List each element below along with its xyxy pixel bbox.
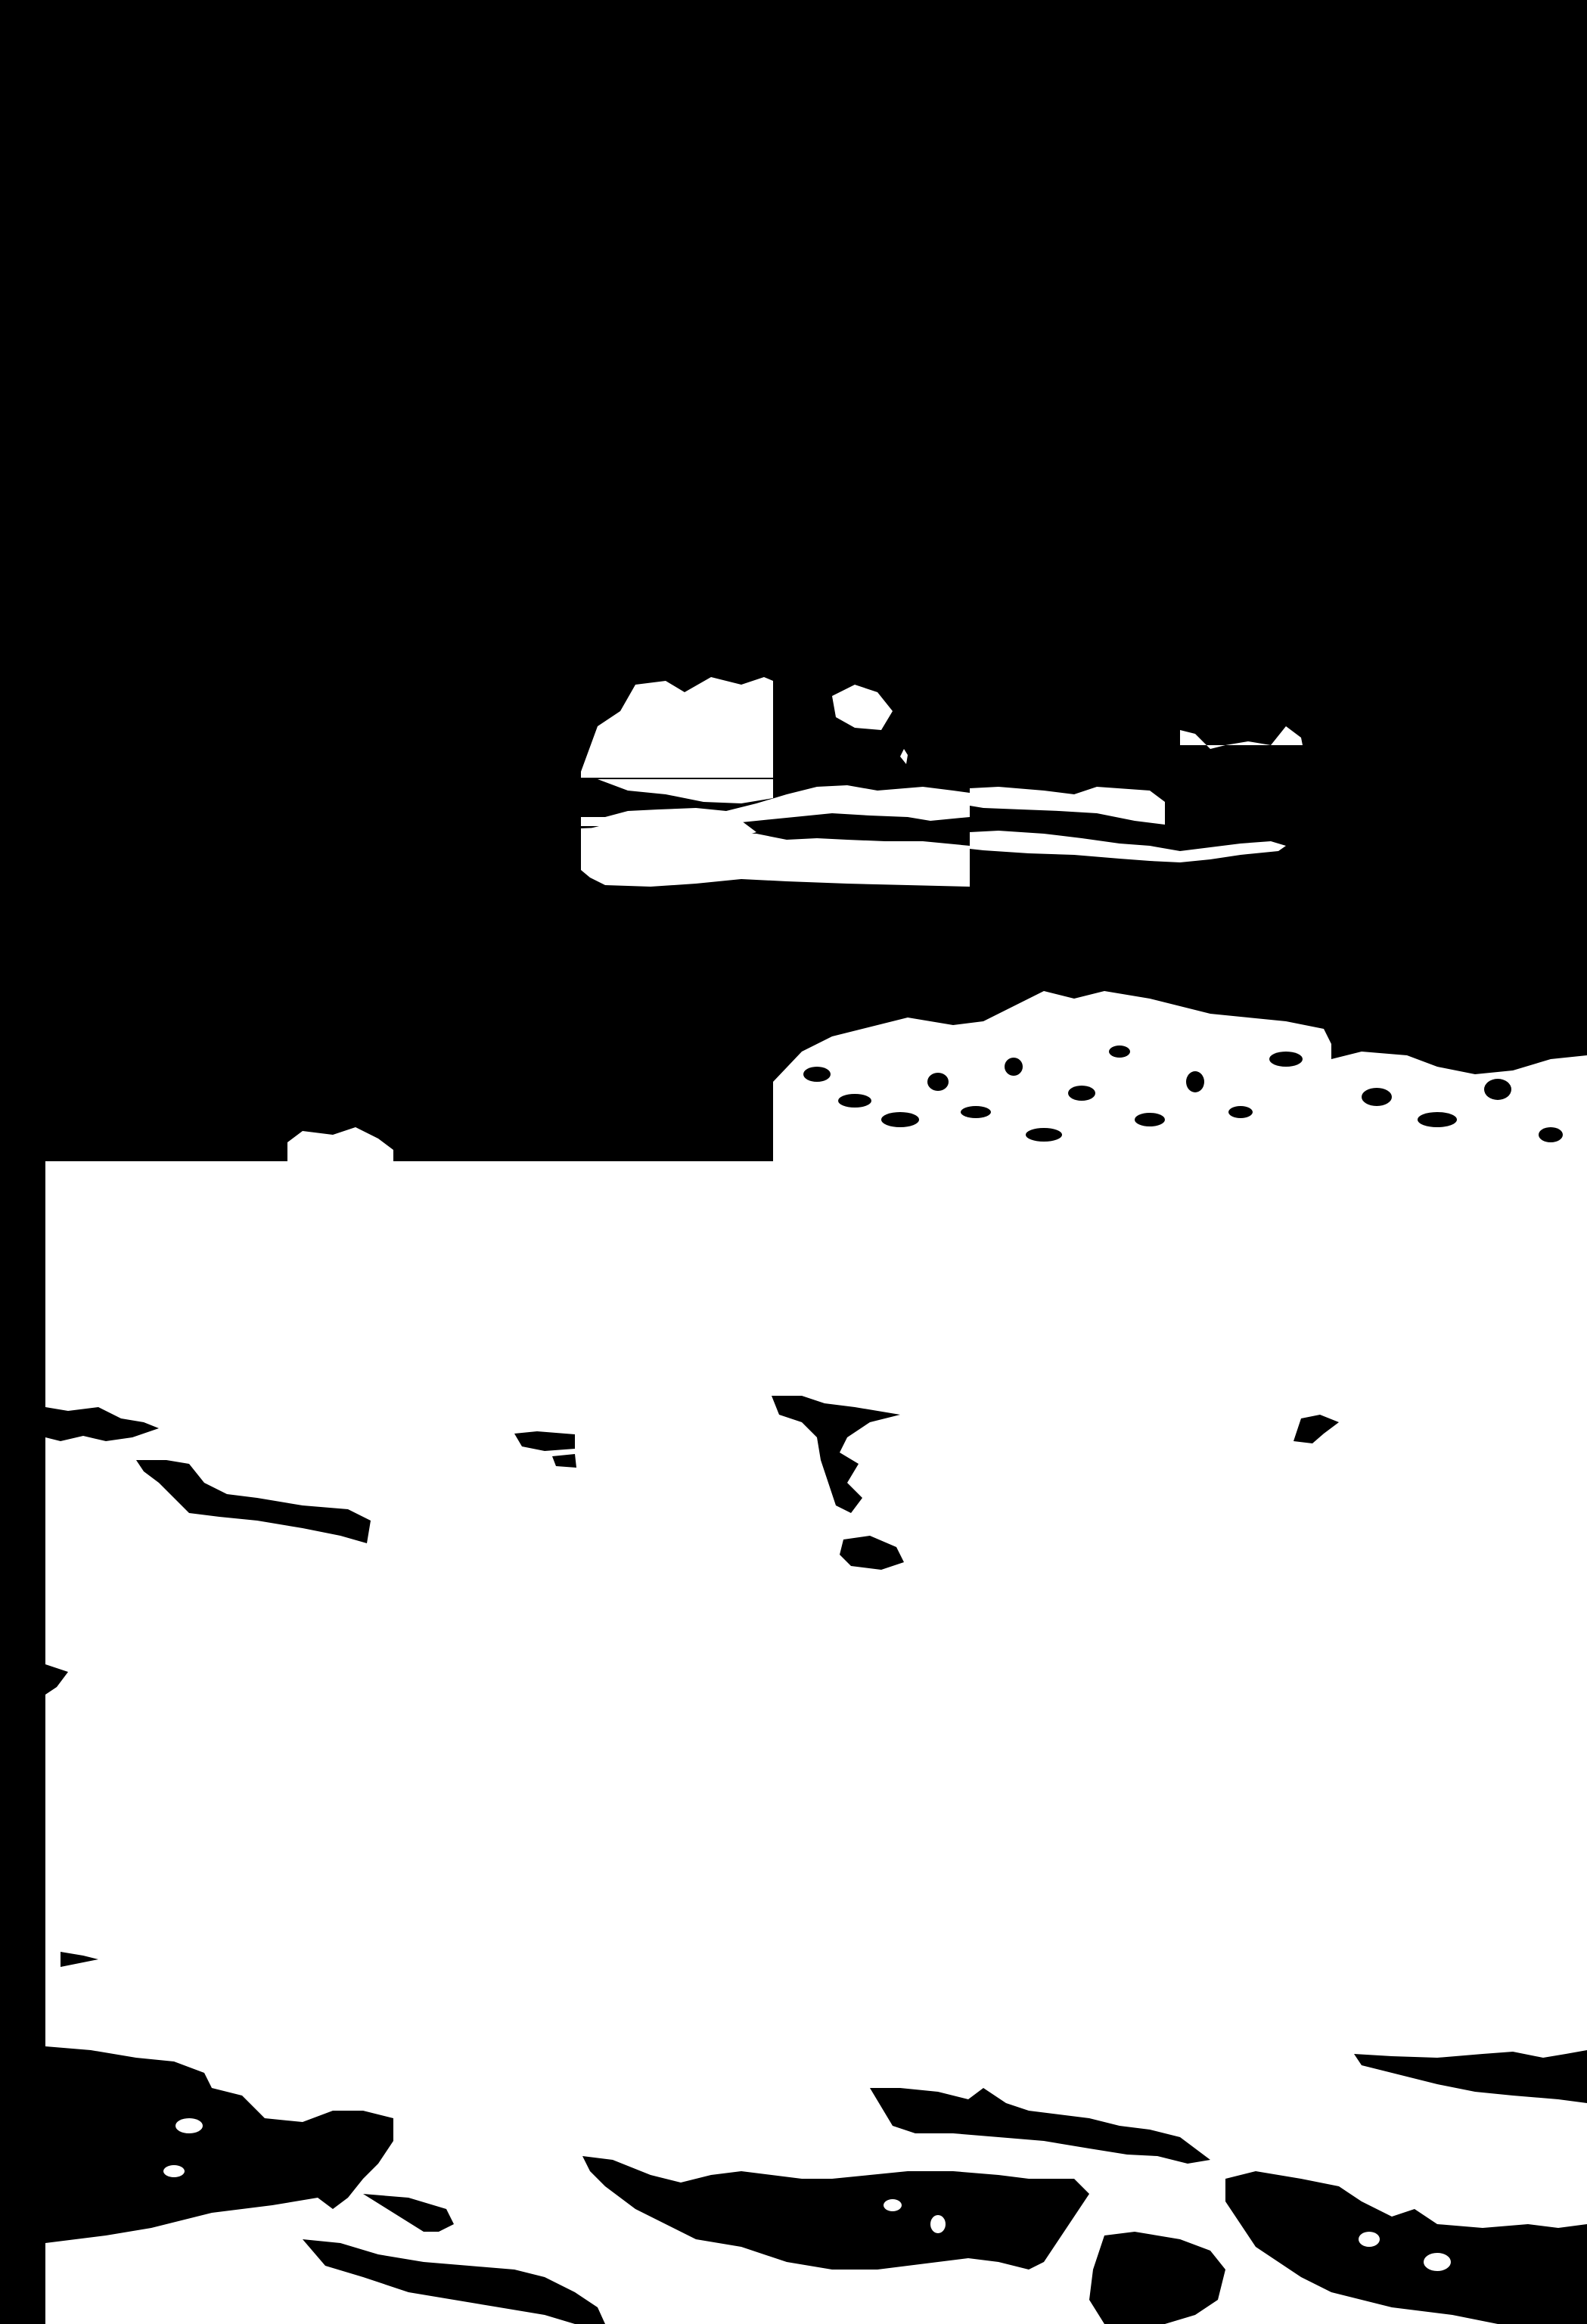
left-edge-strip (0, 1161, 45, 2324)
binarized-photo (0, 0, 1587, 2324)
